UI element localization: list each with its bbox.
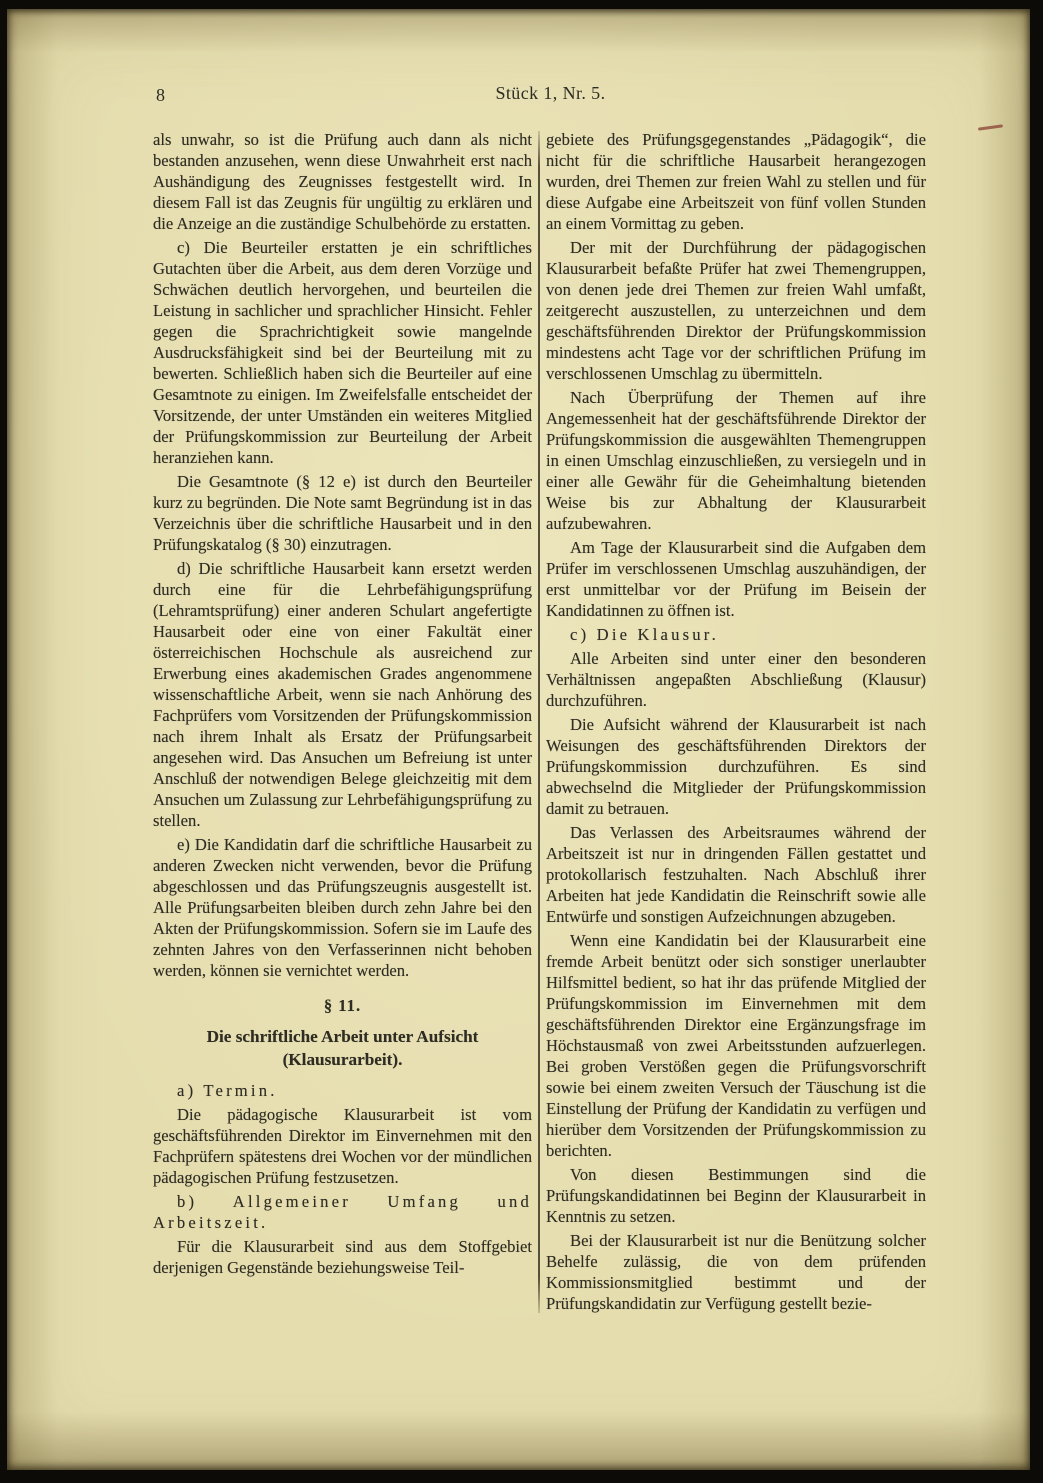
para-durchfuehrung-themen: Der mit der Durchführung der pädagogisch… [546, 237, 926, 384]
right-column: gebiete des Prüfungsgegenstandes „Pädago… [546, 129, 926, 1317]
para-termin-text: Die pädagogische Klausurarbeit ist vom g… [153, 1104, 532, 1188]
para-bestimmungen-kenntnis: Von diesen Bestimmungen sind die Prüfung… [546, 1164, 926, 1227]
para-d-hausarbeit-ersatz: d) Die schriftliche Hausarbeit kann erse… [153, 558, 532, 831]
two-column-body: als unwahr, so ist die Prüfung auch dann… [153, 129, 926, 1317]
section-11-number: § 11. [153, 995, 532, 1016]
para-stoffgebiet: Für die Klausurarbeit sind aus dem Stoff… [153, 1236, 532, 1278]
subhead-b-umfang: b) Allgemeiner Umfang und Arbeitszeit. [153, 1191, 532, 1233]
scanned-document-page: { "page": { "page_number": "8", "header_… [0, 0, 1043, 1483]
para-gesamtnote: Die Gesamtnote (§ 12 e) ist durch den Be… [153, 471, 532, 555]
para-gebiete-continuation: gebiete des Prüfungsgegenstandes „Pädago… [546, 129, 926, 234]
para-taeuschung: Wenn eine Kandidatin bei der Klausurarbe… [546, 930, 926, 1161]
para-ueberpruefung-themen: Nach Überprüfung der Themen auf ihre Ang… [546, 387, 926, 534]
para-alle-arbeiten: Alle Arbeiten sind unter einer den beson… [546, 648, 926, 711]
para-unwahr-continuation: als unwahr, so ist die Prüfung auch dann… [153, 129, 532, 234]
section-11-subtitle: (Klausurarbeit). [153, 1048, 532, 1071]
left-column: als unwahr, so ist die Prüfung auch dann… [153, 129, 532, 1317]
paper-sheet: 8 Stück 1, Nr. 5. als unwahr, so ist die… [7, 9, 1030, 1470]
pen-mark [978, 124, 1003, 130]
para-verlassen-arbeitsraum: Das Verlassen des Arbeitsraumes während … [546, 822, 926, 927]
para-c-beurteiler: c) Die Beurteiler erstatten je ein schri… [153, 237, 532, 468]
column-divider-rule [538, 131, 540, 1313]
subhead-a-termin: a) Termin. [153, 1080, 532, 1101]
subhead-c-klausur: c) Die Klausur. [546, 624, 926, 645]
para-e-kandidatin: e) Die Kandidatin darf die schriftliche … [153, 834, 532, 981]
header-title: Stück 1, Nr. 5. [39, 83, 1030, 104]
para-behelfe: Bei der Klausurarbeit ist nur die Benütz… [546, 1230, 926, 1314]
para-am-tage: Am Tage der Klausurarbeit sind die Aufga… [546, 537, 926, 621]
section-11-title: Die schriftliche Arbeit unter Aufsicht [153, 1025, 532, 1048]
para-aufsicht: Die Aufsicht während der Klausurarbeit i… [546, 714, 926, 819]
